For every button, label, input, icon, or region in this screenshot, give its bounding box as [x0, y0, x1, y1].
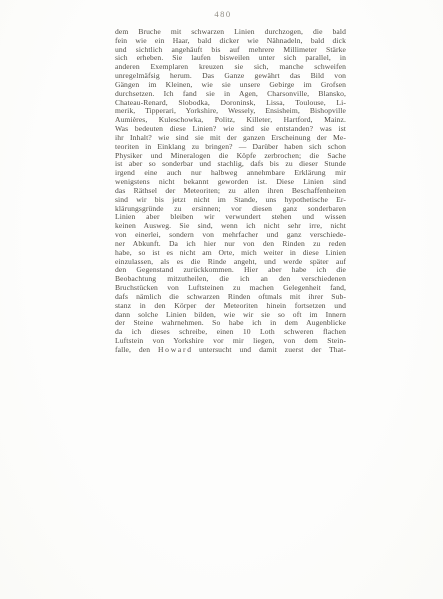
text-line: einzulassen, als es die Rinde angeht, un…: [115, 258, 346, 267]
text-line: stanz in den Körper der Meteoriten hinei…: [115, 302, 346, 311]
text-line: den Gegenstand zurückkommen. Hier aber h…: [115, 266, 346, 275]
text-line: von einerlei, sondern von mehrfacher und…: [115, 231, 346, 240]
text-line: Was bedeuten diese Linien? wie sind sie …: [115, 125, 346, 134]
text-line: ner Abkunft. Da ich hier nur von den Rin…: [115, 240, 346, 249]
text-line: Chateau-Renard, Slobodka, Doroninsk, Lis…: [115, 99, 346, 108]
page-number: 480: [108, 9, 338, 19]
text-line: da ich dieses schreibe, einen 10 Loth sc…: [115, 328, 346, 337]
text-line: Physiker und Mineralogen die Köpfe zerbr…: [115, 152, 346, 161]
text-line: dann solche Linien bilden, wie wir sie s…: [115, 311, 346, 320]
text-line: Aumières, Kuleschowka, Politz, Killeter,…: [115, 116, 346, 125]
text-line: keinen Ausweg. Sie sind, wenn ich nicht …: [115, 222, 346, 231]
text-line: unregelmäfsig herum. Das Ganze gewährt d…: [115, 72, 346, 81]
text-line: anderen Exemplaren kreuzen sie sich, man…: [115, 63, 346, 72]
text-line: Linien aber bleiben wir verwundert stehe…: [115, 213, 346, 222]
text-line: dafs nämlich die schwarzen Rinden oftmal…: [115, 293, 346, 302]
text-line: dem Bruche mit schwarzen Linien durchzog…: [115, 28, 346, 37]
text-line: Beobachtung mitzutheilen, die ich an den…: [115, 275, 346, 284]
text-line: der Steine wahrnehmen. So habe ich in de…: [115, 319, 346, 328]
text-line: klärungsgründe zu ersinnen; vor diesen g…: [115, 205, 346, 214]
text-line: durchsetzen. Ich fand sie in Agen, Chars…: [115, 90, 346, 99]
text-line: merik, Tipperari, Yorkshire, Wessely, En…: [115, 107, 346, 116]
text-line: sind wir bis jetzt nicht im Stande, uns …: [115, 196, 346, 205]
text-line: teoriten in Einklang zu bringen? — Darüb…: [115, 143, 346, 152]
text-line: habe, so ist es nicht am Orte, mich weit…: [115, 249, 346, 258]
body-text: dem Bruche mit schwarzen Linien durchzog…: [115, 28, 346, 355]
text-line: fein wie ein Haar, bald dicker wie Nähna…: [115, 37, 346, 46]
text-line: ist aber so sonderbar und stachlig, dafs…: [115, 160, 346, 169]
text-line: wenigstens nicht bekannt geworden ist. D…: [115, 178, 346, 187]
text-line: irgend eine auch nur halbweg annehmbare …: [115, 169, 346, 178]
text-line: Luftstein von Yorkshire vor mir liegen, …: [115, 337, 346, 346]
text-line: Bruchstücken von Luftsteinen zu machen G…: [115, 284, 346, 293]
text-line: ihr Inhalt? wie sind sie mit der ganzen …: [115, 134, 346, 143]
book-page: 480 dem Bruche mit schwarzen Linien durc…: [0, 0, 443, 599]
text-line: falle, den H o w a r d untersucht und da…: [115, 346, 346, 355]
text-line: das Räthsel der Meteoriten; zu allen ihr…: [115, 187, 346, 196]
text-line: sich erheben. Sie laufen bisweilen unter…: [115, 54, 346, 63]
text-line: und sichtlich angehäuft bis auf mehrere …: [115, 46, 346, 55]
text-line: Gängen im Kleinen, wie sie unsere Gebirg…: [115, 81, 346, 90]
